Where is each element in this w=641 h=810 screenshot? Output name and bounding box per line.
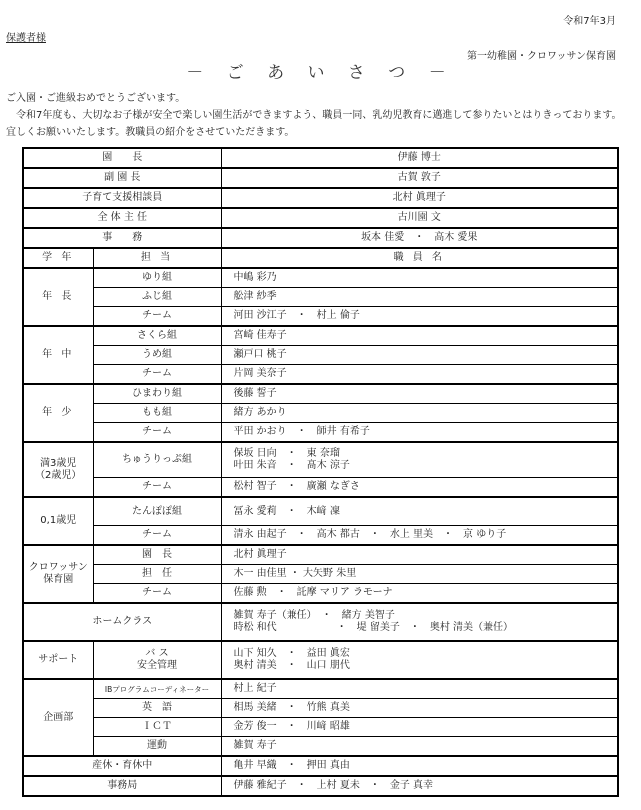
- staff-names: 山下 知久 ・ 益田 眞宏 奥村 清美 ・ 山口 朋代: [221, 641, 618, 679]
- grade-label: 0,1歳児: [23, 497, 93, 545]
- staff-name: 中嶋 彩乃: [221, 268, 618, 288]
- table-row: ＩＣＴ 金芳 俊一 ・ 川﨑 昭雄: [23, 718, 618, 737]
- grade-label-line-1: 満3歳児: [24, 458, 93, 470]
- grade-label: 年 少: [23, 384, 93, 442]
- role-label: 事 務: [23, 228, 221, 248]
- assignment-label: チーム: [93, 526, 221, 546]
- staff-name: 宮崎 佳寿子: [221, 326, 618, 346]
- assignment-label: IBプログラムコーディネーター: [93, 679, 221, 699]
- staff-name: 冨永 愛莉 ・ 木﨑 凜: [221, 497, 618, 526]
- table-row-clerical: 事 務 坂本 佳愛 ・ 高木 愛果: [23, 228, 618, 248]
- table-row: 担 任 木一 由佳里 ・ 大矢野 朱里: [23, 565, 618, 584]
- staff-name: 亀井 早織 ・ 押田 真由: [221, 756, 618, 776]
- assignment-line-2: 安全管理: [94, 660, 221, 672]
- staff-name: 雑賀 寿子: [221, 737, 618, 757]
- staff-table: 園 長 伊藤 博士 副 園 長 古賀 敦子 子育て支援相談員 北村 眞理子 全 …: [22, 147, 619, 797]
- assignment-label: さくら組: [93, 326, 221, 346]
- table-row-principal: 園 長 伊藤 博士: [23, 148, 618, 168]
- staff-name: 清永 由起子 ・ 高木 都古 ・ 水上 里美 ・ 京 ゆり子: [221, 526, 618, 546]
- table-row-childcare-counselor: 子育て支援相談員 北村 眞理子: [23, 188, 618, 208]
- assignment-line-1: バ ス: [94, 648, 221, 660]
- table-row: 0,1歳児 たんぽぽ組 冨永 愛莉 ・ 木﨑 凜: [23, 497, 618, 526]
- staff-name: 松村 智子 ・ 廣瀬 なぎさ: [221, 478, 618, 498]
- assignment-label: 園 長: [93, 545, 221, 565]
- staff-name: 村上 紀子: [221, 679, 618, 699]
- table-row: チーム 松村 智子 ・ 廣瀬 なぎさ: [23, 478, 618, 498]
- staff-name: 北村 眞理子: [221, 188, 618, 208]
- document-title: － ご あ い さ つ －: [0, 63, 641, 83]
- staff-name: 伊藤 博士: [221, 148, 618, 168]
- assignment-label: ふじ組: [93, 288, 221, 307]
- staff-name-line-2: 時松 和代 ・ 堤 留美子 ・ 奥村 清美（兼任）: [234, 622, 618, 634]
- table-header-row: 学 年 担 当 職 員 名: [23, 248, 618, 268]
- assignment-label: 運動: [93, 737, 221, 757]
- assignment-label: チーム: [93, 307, 221, 327]
- table-row: 英 語 相馬 美緒 ・ 竹熊 真美: [23, 699, 618, 718]
- column-header-staff: 職 員 名: [221, 248, 618, 268]
- staff-name: 瀬戸口 桃子: [221, 346, 618, 365]
- assignment-label: ゆり組: [93, 268, 221, 288]
- table-row: 年 中 さくら組 宮崎 佳寿子: [23, 326, 618, 346]
- support-label: サポート: [23, 641, 93, 679]
- table-row: 年 長 ゆり組 中嶋 彩乃: [23, 268, 618, 288]
- table-row: 運動 雑賀 寿子: [23, 737, 618, 757]
- staff-name: 古賀 敦子: [221, 168, 618, 188]
- column-header-grade: 学 年: [23, 248, 93, 268]
- grade-label: クロワッサン 保育園: [23, 545, 93, 603]
- staff-name: 古川園 文: [221, 208, 618, 228]
- grade-label-line-2: （2歳児）: [24, 470, 93, 482]
- staff-name-line-1: 山下 知久 ・ 益田 眞宏: [234, 648, 618, 660]
- staff-name: 舩津 紗季: [221, 288, 618, 307]
- table-row-head-teacher: 全 体 主 任 古川園 文: [23, 208, 618, 228]
- office-label: 事務局: [23, 776, 221, 796]
- table-row-office: 事務局 伊藤 雅紀子 ・ 上村 夏未 ・ 金子 真幸: [23, 776, 618, 796]
- table-row: クロワッサン 保育園 園 長 北村 眞理子: [23, 545, 618, 565]
- staff-name-line-2: 奥村 清美 ・ 山口 朋代: [234, 660, 618, 672]
- addressee: 保護者様: [6, 33, 46, 45]
- staff-name: 河田 沙江子 ・ 村上 倫子: [221, 307, 618, 327]
- table-row-vice-principal: 副 園 長 古賀 敦子: [23, 168, 618, 188]
- assignment-label: バ ス 安全管理: [93, 641, 221, 679]
- staff-name: 金芳 俊一 ・ 川﨑 昭雄: [221, 718, 618, 737]
- grade-label-line-1: クロワッサン: [24, 562, 93, 574]
- role-label: 副 園 長: [23, 168, 221, 188]
- staff-name: 緒方 あかり: [221, 404, 618, 423]
- staff-name-line-1: 保坂 日向 ・ 東 奈瑠: [234, 448, 618, 460]
- table-row: チーム 平田 かおり ・ 師井 有希子: [23, 423, 618, 443]
- grade-label-line-2: 保育園: [24, 574, 93, 586]
- staff-names: 保坂 日向 ・ 東 奈瑠 叶田 朱音 ・ 髙木 涼子: [221, 442, 618, 478]
- table-row: 年 少 ひまわり組 後藤 誓子: [23, 384, 618, 404]
- staff-name: 相馬 美緒 ・ 竹熊 真美: [221, 699, 618, 718]
- grade-label: 年 中: [23, 326, 93, 384]
- table-row: うめ組 瀬戸口 桃子: [23, 346, 618, 365]
- assignment-label: たんぽぽ組: [93, 497, 221, 526]
- home-class-label: ホームクラス: [23, 603, 221, 641]
- table-row: ふじ組 舩津 紗季: [23, 288, 618, 307]
- leave-label: 産休・育休中: [23, 756, 221, 776]
- table-row: チーム 佐藤 勲 ・ 託摩 マリア ラモーナ: [23, 584, 618, 604]
- column-header-assignment: 担 当: [93, 248, 221, 268]
- table-row-leave: 産休・育休中 亀井 早織 ・ 押田 真由: [23, 756, 618, 776]
- staff-name: 平田 かおり ・ 師井 有希子: [221, 423, 618, 443]
- table-row: もも組 緒方 あかり: [23, 404, 618, 423]
- organization-name: 第一幼稚園・クロワッサン保育園: [467, 51, 616, 63]
- staff-name: 北村 眞理子: [221, 545, 618, 565]
- table-row-support: サポート バ ス 安全管理 山下 知久 ・ 益田 眞宏 奥村 清美 ・ 山口 朋…: [23, 641, 618, 679]
- table-row: 企画部 IBプログラムコーディネーター 村上 紀子: [23, 679, 618, 699]
- grade-label: 年 長: [23, 268, 93, 326]
- role-label: 全 体 主 任: [23, 208, 221, 228]
- table-row: チーム 清永 由起子 ・ 高木 都古 ・ 水上 里美 ・ 京 ゆり子: [23, 526, 618, 546]
- planning-label: 企画部: [23, 679, 93, 756]
- assignment-label: チーム: [93, 365, 221, 385]
- grade-label: 満3歳児 （2歳児）: [23, 442, 93, 497]
- document-date: 令和7年3月: [563, 16, 616, 28]
- role-label: 園 長: [23, 148, 221, 168]
- assignment-label: ＩＣＴ: [93, 718, 221, 737]
- assignment-label: ひまわり組: [93, 384, 221, 404]
- role-label: 子育て支援相談員: [23, 188, 221, 208]
- assignment-label: 英 語: [93, 699, 221, 718]
- table-row: チーム 河田 沙江子 ・ 村上 倫子: [23, 307, 618, 327]
- table-row: チーム 片岡 美奈子: [23, 365, 618, 385]
- assignment-label: もも組: [93, 404, 221, 423]
- assignment-label: チーム: [93, 584, 221, 604]
- staff-name: 伊藤 雅紀子 ・ 上村 夏未 ・ 金子 真幸: [221, 776, 618, 796]
- assignment-label: うめ組: [93, 346, 221, 365]
- table-row-home-class: ホームクラス 雑賀 寿子（兼任） ・ 緒方 美智子 時松 和代 ・ 堤 留美子 …: [23, 603, 618, 641]
- assignment-label: チーム: [93, 423, 221, 443]
- assignment-label: ちゅうりっぷ組: [93, 442, 221, 478]
- staff-names: 雑賀 寿子（兼任） ・ 緒方 美智子 時松 和代 ・ 堤 留美子 ・ 奥村 清美…: [221, 603, 618, 641]
- greeting-line-1: ご入園・ご進級おめでとうございます。: [6, 93, 185, 105]
- assignment-label: チーム: [93, 478, 221, 498]
- assignment-label: 担 任: [93, 565, 221, 584]
- staff-name-line-1: 雑賀 寿子（兼任） ・ 緒方 美智子: [234, 610, 618, 622]
- staff-name: 佐藤 勲 ・ 託摩 マリア ラモーナ: [221, 584, 618, 604]
- staff-name: 後藤 誓子: [221, 384, 618, 404]
- greeting-line-3: 宜しくお願いいたします。教職員の紹介をさせていただきます。: [6, 127, 294, 139]
- staff-name: 木一 由佳里 ・ 大矢野 朱里: [221, 565, 618, 584]
- table-row: 満3歳児 （2歳児） ちゅうりっぷ組 保坂 日向 ・ 東 奈瑠 叶田 朱音 ・ …: [23, 442, 618, 478]
- greeting-line-2: 令和7年度も、大切なお子様が安全で楽しい園生活ができますよう、職員一同、乳幼児教…: [6, 110, 622, 122]
- staff-name: 坂本 佳愛 ・ 高木 愛果: [221, 228, 618, 248]
- staff-name-line-2: 叶田 朱音 ・ 髙木 涼子: [234, 460, 618, 472]
- staff-name: 片岡 美奈子: [221, 365, 618, 385]
